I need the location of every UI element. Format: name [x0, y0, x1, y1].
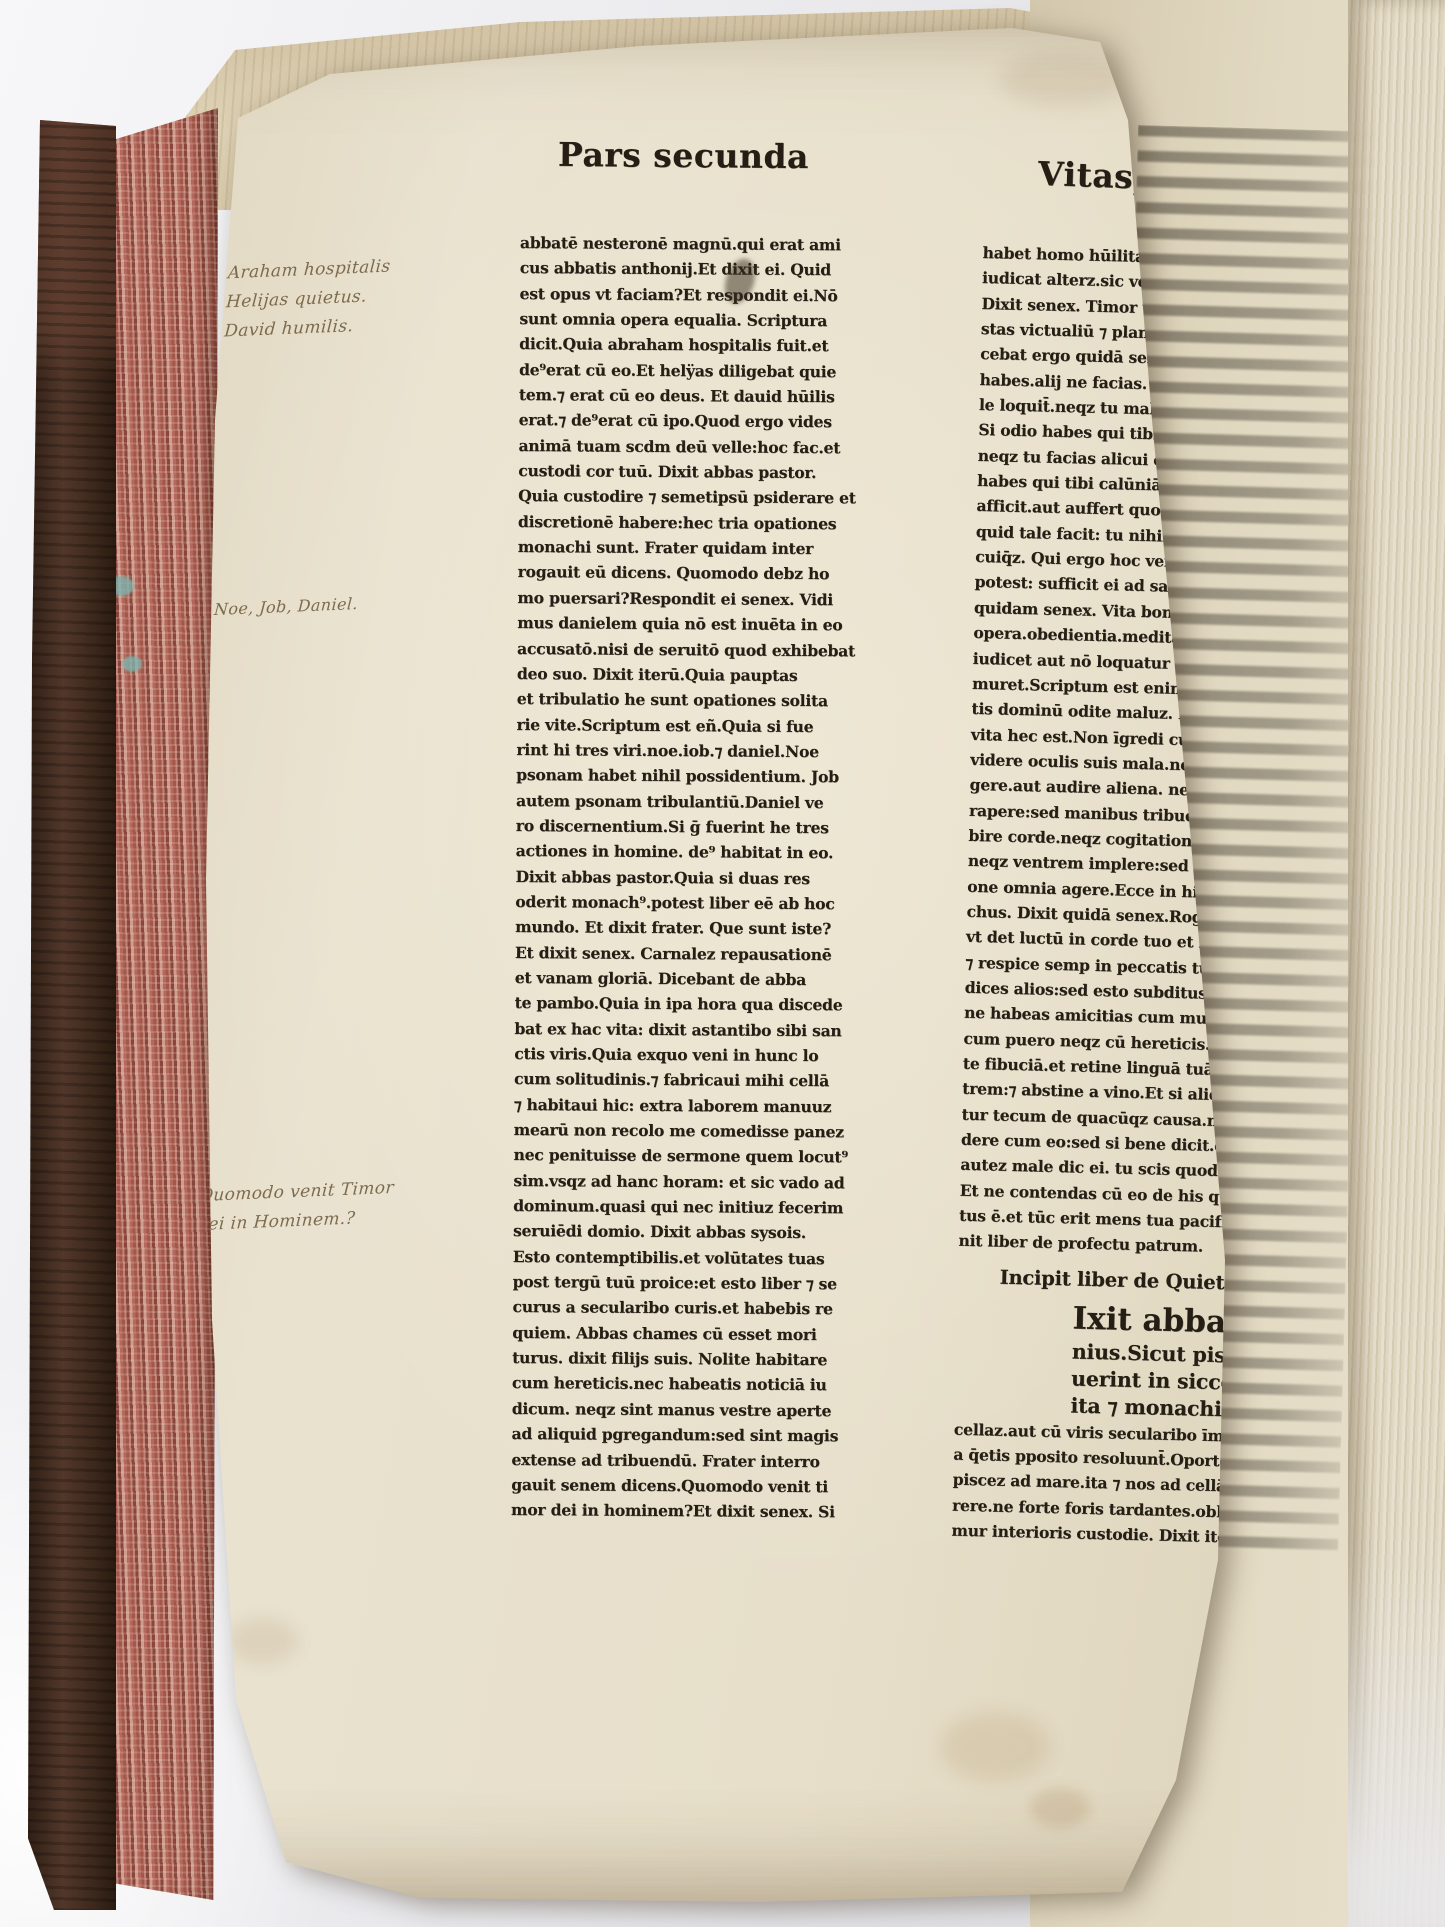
- text-line: Et ne contendas cū eo de his que locu: [959, 1177, 1326, 1211]
- text-line: dicum. neqz sint manus vestre aperte: [512, 1396, 874, 1424]
- text-line: custodi cor tuū. Dixit abbas pastor.: [518, 458, 880, 486]
- margin-note-1: Araham hospitalisHelijas quietus.David h…: [223, 252, 391, 346]
- text-line: rogauit eū dicens. Quomodo debz ho: [518, 559, 880, 587]
- text-line: sunt omnia opera equalia. Scriptura: [519, 306, 881, 334]
- text-line: ⁊ habitaui hic: extra laborem manuuz: [514, 1092, 876, 1120]
- text-line: Esto contemptibilis.et volūtates tuas: [513, 1244, 875, 1272]
- text-line: ro discernentium.Si ḡ fuerint he tres: [516, 813, 878, 841]
- running-head-right: Vitaspatrum: [1037, 154, 1272, 201]
- text-line: mor dei in hominem?Et dixit senex. Si: [511, 1497, 873, 1525]
- text-line: tis dominū odite maluz. Monachi igit̄: [971, 696, 1338, 730]
- text-line: deo suo. Dixit iterū.Quia pauptas: [517, 661, 879, 689]
- page-wrap: Pars secunda Vitaspatrum abbatē nesteron…: [0, 0, 1445, 1927]
- text-line: sim.vsqz ad hanc horam: et sic vado ad: [513, 1168, 875, 1196]
- margin-note-2: Noe, Job, Daniel.: [213, 589, 359, 624]
- text-line: videre oculis suis mala.neqz curiose a: [970, 747, 1337, 781]
- text-line: Dixit senex. Timor ⁊ hūilitas ⁊ ege: [981, 291, 1348, 325]
- text-line: cus abbatis anthonij.Et dixit ei. Quid: [520, 255, 882, 283]
- text-line: autez male dic ei. tu scis quod loqueris: [960, 1152, 1327, 1186]
- foxing-stain: [940, 1712, 1050, 1782]
- text-line: tus ē.et tūc erit mens tua pacifica. Fi: [959, 1203, 1326, 1237]
- column-right-top: habet homo hūilitatē ⁊ pauptatē.⁊ nōiudi…: [958, 240, 1349, 1262]
- text-line: abbatē nesteronē magnū.qui erat ami: [520, 230, 882, 258]
- ink-stain: [720, 255, 761, 307]
- text-line: cebat ergo quidā senuz.Quicquid odio: [980, 341, 1347, 375]
- text-line: quiem. Abbas chames cū esset mori: [512, 1320, 874, 1348]
- margin-mark: ⁊: [1296, 1043, 1311, 1069]
- chapter-opening-large-line: Ixit abbas Anto: [956, 1295, 1323, 1344]
- text-line: bat ex hac vita: dixit astantibo sibi sa…: [514, 1016, 876, 1044]
- text-line: seruiēdi domio. Dixit abbas sysois.: [513, 1218, 875, 1246]
- text-line: oderit monach⁹.potest liber eē ab hoc: [515, 889, 877, 917]
- foxing-stain: [1030, 1788, 1090, 1828]
- text-line: animā tuam scdm deū velle:hoc fac.et: [518, 433, 880, 461]
- text-line: piscez ad mare.ita ⁊ nos ad cellā recur: [952, 1467, 1319, 1501]
- book-page: Pars secunda Vitaspatrum abbatē nesteron…: [0, 0, 1445, 1927]
- text-line: opera.obedientia.meditatio.et vt non: [973, 620, 1340, 654]
- margin-mark: 8: [1310, 957, 1327, 983]
- text-line: ⁊ respice semp in peccatis tuis.⁊ nō iu: [965, 949, 1332, 983]
- text-line: vt det luctū in corde tuo et humilitatez…: [966, 924, 1333, 958]
- text-line: neqz ventrem implere:sed cum discreti: [968, 848, 1335, 882]
- text-line: autem psonam tribulantiū.Daniel ve: [516, 788, 878, 816]
- text-line: accusatō.nisi de seruitō quod exhibebat: [517, 635, 879, 663]
- text-column-left: abbatē nesteronē magnū.qui erat amicus a…: [511, 230, 882, 1525]
- text-line: afficit.aut auffert quod tuū est.aut ali: [976, 493, 1343, 527]
- text-line: et tribulatio he sunt opationes solita: [517, 686, 879, 714]
- text-line: Quia custodire ⁊ semetipsū psiderare et: [518, 483, 880, 511]
- text-line: nit liber de profectu patrum.: [958, 1228, 1325, 1262]
- text-line: tur tecum de quacūqz causa.noli pten: [961, 1101, 1328, 1135]
- text-line: chus. Dixit quidā senex.Roga deuz: [966, 899, 1333, 933]
- text-line: uerint in sicco moriuntur.: [955, 1362, 1322, 1398]
- text-line: rapere:sed manibus tribuere.neqz sup: [969, 797, 1336, 831]
- text-line: iudicet aut nō loquatur aut non mur: [972, 645, 1339, 679]
- text-line: David humilis.: [223, 311, 387, 347]
- running-head-left: Pars secunda: [558, 135, 809, 176]
- text-line: iudicat alterz.sic venit in eū timor dei…: [982, 265, 1349, 299]
- text-line: mur interioris custodie. Dixit iterum: [951, 1518, 1318, 1552]
- text-line: quidam senex. Vita boni monachi est: [974, 595, 1341, 629]
- text-line: rie vite.Scriptum est eñ.Quia si fue: [516, 712, 878, 740]
- text-line: mundo. Et dixit frater. Que sunt iste?: [515, 914, 877, 942]
- text-line: dere cum eo:sed si bene dicit.dic etiaz.…: [961, 1127, 1328, 1161]
- text-line: bire corde.neqz cogitatione malignari.: [968, 823, 1335, 857]
- text-line: Si odio habes qui tibi calūniaz facit.: [978, 417, 1345, 451]
- text-line: nec penituisse de sermone quem locut⁹: [513, 1142, 875, 1170]
- text-line: monachi sunt. Frater quidam inter: [518, 534, 880, 562]
- text-line: curus a secularibo curis.et habebis re: [512, 1294, 874, 1322]
- text-line: mus danielem quia nō est inuēta in eo: [517, 610, 879, 638]
- text-line: erat.⁊ de⁹erat cū ipo.Quod ergo vides: [519, 407, 881, 435]
- text-line: vita hec est.Non īgredi cū iniusto: nec: [971, 721, 1338, 755]
- text-line: gauit senem dicens.Quomodo venit ti: [511, 1472, 873, 1500]
- margin-note-3: Quomodo venit Timordei in Hominem.?: [196, 1174, 395, 1240]
- text-line: potest: sufficit ei ad salutem. Dixit: [974, 569, 1341, 603]
- text-line: le loquit̄.neqz tu male loquaris de aliō: [979, 392, 1346, 426]
- text-line: muret.Scriptum est enim.Qui diligi: [972, 671, 1339, 705]
- text-line: mearū non recolo me comedisse panez: [514, 1117, 876, 1145]
- text-line: neqz tu facias alicui calūniaz. Si odio: [977, 443, 1344, 477]
- text-line: discretionē habere:hec tria opationes: [518, 509, 880, 537]
- text-column-right: habet homo hūilitatē ⁊ pauptatē.⁊ nōiudi…: [951, 240, 1349, 1552]
- text-line: actiones in homine. de⁹ habitat in eo.: [516, 838, 878, 866]
- photograph-of-incunable-book: Pars secunda Vitaspatrum abbatē nesteron…: [0, 0, 1445, 1927]
- column-right-bottom: cellaz.aut cū viris secularibo īmorātesa…: [951, 1416, 1320, 1552]
- text-line: Helijas quietus.: [225, 282, 389, 318]
- text-line: cum puero neqz cū hereticis. Abscide a: [963, 1025, 1330, 1059]
- text-line: dei in Hominem.?: [196, 1203, 393, 1240]
- text-line: te fibuciā.et retine linguā tuā et ven: [963, 1051, 1330, 1085]
- text-line: Araham hospitalis: [227, 252, 391, 288]
- text-line: a q̄etis pposito resoluunt̄.Oportet ḡ si…: [953, 1442, 1320, 1476]
- text-line: cellaz.aut cū viris secularibo īmorātes: [954, 1416, 1321, 1450]
- foxing-stain: [228, 1618, 298, 1664]
- text-line: cuiq̄z. Qui ergo hoc verbum custodire: [975, 544, 1342, 578]
- text-line: mo puersari?Respondit ei senex. Vidi: [517, 585, 879, 613]
- text-line: trem:⁊ abstine a vino.Et si aliq̄s loqui: [962, 1076, 1329, 1110]
- text-line: et vanam gloriā. Dicebant de abba: [515, 965, 877, 993]
- text-line: habet homo hūilitatē ⁊ pauptatē.⁊ nō: [982, 240, 1349, 274]
- text-line: est opus vt faciam?Et respondit ei.Nō: [519, 281, 881, 309]
- text-line: te pambo.Quia in ipa hora qua discede: [515, 990, 877, 1018]
- text-line: psonam habet nihil possidentium. Job: [516, 762, 878, 790]
- text-line: Et dixit senex. Carnalez repausationē: [515, 940, 877, 968]
- text-line: nius.Sicut pisces si tarda: [956, 1335, 1323, 1371]
- text-line: ita ⁊ monachi tardātes ext̄: [954, 1389, 1321, 1425]
- text-line: ctis viris.Quia exquo veni in hunc lo: [514, 1041, 876, 1069]
- text-line: extense ad tribuendū. Frater interro: [511, 1446, 873, 1474]
- text-line: Dixit abbas pastor.Quia si duas res: [515, 864, 877, 892]
- incipit-line: Incipit liber de Quiete.: [957, 1253, 1324, 1304]
- text-line: cum hereticis.nec habeatis noticiā iu: [512, 1370, 874, 1398]
- text-line: quid tale facit: tu nihil horum facias: [976, 519, 1343, 553]
- text-line: de⁹erat cū eo.Et helÿas diligebat quie: [519, 357, 881, 385]
- text-line: dicit.Quia abraham hospitalis fuit.et: [519, 331, 881, 359]
- text-line: habes qui tibi calūniā dicit aut īiurijs: [977, 468, 1344, 502]
- text-line: gere.aut audire aliena. neqz manibus: [969, 772, 1336, 806]
- text-line: rint hi tres viri.noe.iob.⁊ daniel.Noe: [516, 737, 878, 765]
- text-line: stas victualiū ⁊ planct⁹in te sint. Di: [981, 316, 1348, 350]
- text-line: ne habeas amicitias cum muliere:neqz: [964, 1000, 1331, 1034]
- text-line: dices alios:sed esto subditus omnibo.et: [964, 975, 1331, 1009]
- text-line: Noe, Job, Daniel.: [213, 589, 359, 624]
- column-right-indent: nius.Sicut pisces si tardauerint in sicc…: [954, 1335, 1322, 1425]
- text-line: one omnia agere.Ecce in his est mona: [967, 873, 1334, 907]
- text-line: tem.⁊ erat cū eo deus. Et dauid hūilis: [519, 382, 881, 410]
- text-line: habes.alij ne facias. Si odis q̄ tibi ma: [979, 367, 1346, 401]
- text-line: Quomodo venit Timor: [198, 1174, 395, 1211]
- text-line: rere.ne forte foris tardantes.obliuisca: [952, 1492, 1319, 1526]
- text-line: post tergū tuū proice:et esto liber ⁊ se: [513, 1269, 875, 1297]
- text-line: dominum.quasi qui nec initiuz fecerim: [513, 1193, 875, 1221]
- text-line: turus. dixit filijs suis. Nolite habitar…: [512, 1345, 874, 1373]
- text-line: cum solitudinis.⁊ fabricaui mihi cellā: [514, 1066, 876, 1094]
- foxing-stain: [1000, 52, 1130, 106]
- text-line: ad aliquid pgregandum:sed sint magis: [512, 1421, 874, 1449]
